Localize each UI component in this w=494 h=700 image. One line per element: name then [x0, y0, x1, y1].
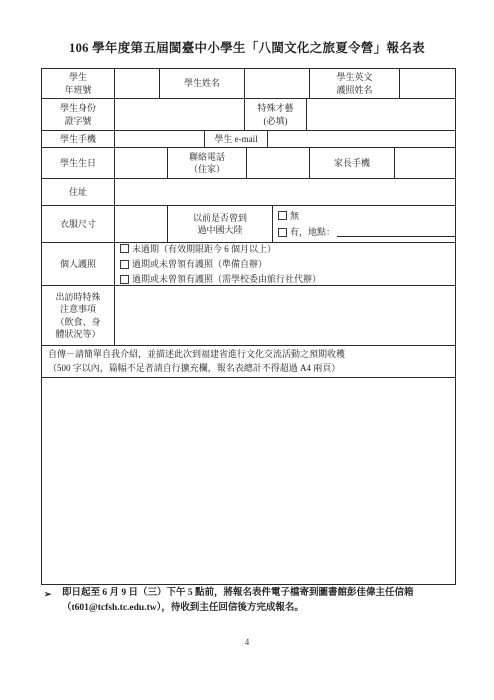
submission-note: ➢ 即日起至 6 月 9 日（三）下午 5 點前，將報名表件電子檔寄到圖書館彭佳…: [44, 586, 456, 616]
label-clothing-size: 衣服尺寸: [42, 206, 115, 242]
option-passport-valid-label: 未過期（有效期限距今 6 個月以上）: [132, 243, 276, 255]
checkbox-unchecked-icon: [278, 211, 287, 220]
table-row: 學生手機 學生 e-mail: [42, 131, 455, 148]
table-row: 學生生日 聯絡電話 （住家） 家長手機: [42, 148, 455, 179]
label-personal-passport: 個人護照: [42, 243, 115, 285]
label-english-passport-name: 學生英文 護照姓名: [310, 69, 400, 98]
label-parent-mobile: 家長手機: [310, 148, 395, 178]
label-student-name: 學生姓名: [160, 69, 245, 98]
page-number: 4: [0, 637, 494, 647]
option-passport-expired-agency: 過期或未曾領有護照（需學校委由旅行社代辦）: [120, 273, 321, 285]
field-id-number-blank: [115, 99, 245, 130]
visited-china-options: 無 有，地點：: [273, 206, 455, 242]
checkbox-unchecked-icon: [120, 275, 129, 284]
field-home-phone-blank: [247, 148, 310, 178]
option-passport-expired-self: 過期或未曾領有護照（準備自辦）: [120, 258, 267, 270]
table-row: 出訪時特殊 注意事項 （飲食、身 體狀況等）: [42, 286, 455, 346]
registration-form-table: 學生 年班號 學生姓名 學生英文 護照姓名 學生身份 證字號 特殊才藝 (必填)…: [41, 68, 456, 585]
autobiography-instruction-line2: （500 字以內，篇幅不足者請自行擴充欄，報名表總計不得超過 A4 兩頁）: [48, 362, 340, 375]
label-student-class-no: 學生 年班號: [42, 69, 115, 98]
field-student-email-blank: [268, 131, 455, 147]
table-row: 個人護照 未過期（有效期限距今 6 個月以上） 過期或未曾領有護照（準備自辦） …: [42, 243, 455, 286]
autobiography-instructions: 自傳－請簡單自我介紹，並描述此次到福建省進行文化交流活動之預期收穫 （500 字…: [42, 346, 455, 378]
field-student-class-no-blank: [115, 69, 160, 98]
document-page: 106 學年度第五屆閩臺中小學生「八閩文化之旅夏令營」報名表 學生 年班號 學生…: [0, 0, 494, 700]
label-student-email: 學生 e-mail: [205, 131, 268, 147]
option-passport-expired-agency-label: 過期或未曾領有護照（需學校委由旅行社代辦）: [132, 273, 321, 285]
table-row: 住址: [42, 179, 455, 206]
option-visited-yes-label: 有，地點：: [290, 226, 335, 238]
field-address-blank: [115, 179, 455, 205]
field-special-notes-blank: [115, 286, 455, 345]
option-visited-yes: 有，地點：: [278, 226, 455, 238]
label-home-phone: 聯絡電話 （住家）: [168, 148, 247, 178]
passport-options: 未過期（有效期限距今 6 個月以上） 過期或未曾領有護照（準備自辦） 過期或未曾…: [115, 243, 455, 285]
option-visited-none: 無: [278, 210, 299, 222]
autobiography-instruction-line1: 自傳－請簡單自我介紹，並描述此次到福建省進行文化交流活動之預期收穫: [48, 348, 345, 361]
label-address: 住址: [42, 179, 115, 205]
checkbox-unchecked-icon: [278, 228, 287, 237]
label-special-talent: 特殊才藝 (必填): [245, 99, 307, 130]
field-clothing-size-blank: [115, 206, 168, 242]
table-row: 學生身份 證字號 特殊才藝 (必填): [42, 99, 455, 131]
arrow-bullet-icon: ➢: [44, 586, 62, 616]
label-student-birthday: 學生生日: [42, 148, 115, 178]
autobiography-writing-space-blank: [42, 378, 455, 584]
label-special-notes: 出訪時特殊 注意事項 （飲食、身 體狀況等）: [42, 286, 115, 345]
field-student-mobile-blank: [115, 131, 205, 147]
field-parent-mobile-blank: [395, 148, 455, 178]
submission-note-text: 即日起至 6 月 9 日（三）下午 5 點前，將報名表件電子檔寄到圖書館彭佳偉主…: [62, 586, 456, 616]
option-passport-expired-self-label: 過期或未曾領有護照（準備自辦）: [132, 258, 267, 270]
field-student-birthday-blank: [115, 148, 168, 178]
option-passport-valid: 未過期（有效期限距今 6 個月以上）: [120, 243, 276, 255]
field-special-talent-blank: [307, 99, 455, 130]
table-row: 學生 年班號 學生姓名 學生英文 護照姓名: [42, 69, 455, 99]
page-title: 106 學年度第五屆閩臺中小學生「八閩文化之旅夏令營」報名表: [0, 38, 494, 56]
field-student-name-blank: [245, 69, 310, 98]
label-visited-china: 以前是否曾到 過中國大陸: [168, 206, 273, 242]
checkbox-unchecked-icon: [120, 244, 129, 253]
option-visited-none-label: 無: [290, 210, 299, 222]
label-id-number: 學生身份 證字號: [42, 99, 115, 130]
label-student-mobile: 學生手機: [42, 131, 115, 147]
checkbox-unchecked-icon: [120, 260, 129, 269]
table-row: 衣服尺寸 以前是否曾到 過中國大陸 無 有，地點：: [42, 206, 455, 243]
location-fill-line: [337, 227, 455, 237]
field-english-passport-name-blank: [400, 69, 455, 98]
